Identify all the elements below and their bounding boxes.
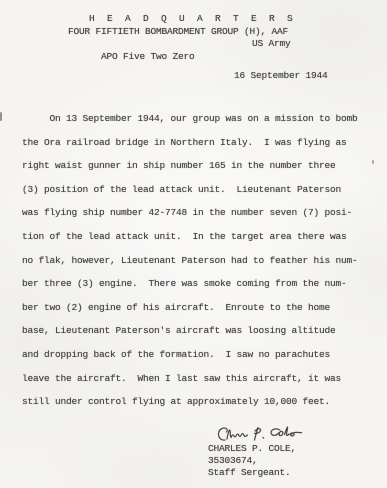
- body-line: leave the aircraft. When I last saw this…: [22, 367, 378, 391]
- body-line: right waist gunner in ship number 165 in…: [22, 154, 378, 178]
- scan-artifact: [0, 112, 2, 121]
- signature-block: CHARLES P. COLE, 35303674, Staff Sergean…: [208, 443, 296, 480]
- body-line: was flying ship number 42-7748 in the nu…: [22, 201, 378, 225]
- document-header: H E A D Q U A R T E R S FOUR FIFTIETH BO…: [0, 13, 387, 88]
- scan-artifact: [372, 160, 374, 164]
- body-line: ber three (3) engine. There was smoke co…: [22, 272, 378, 296]
- body-text: On 13 September 1944, our group was on a…: [22, 107, 378, 414]
- us-army-label: US Army: [252, 38, 291, 51]
- signer-serial-number: 35303674,: [208, 455, 296, 467]
- signer-rank: Staff Sergeant.: [208, 467, 296, 479]
- apo-address: APO Five Two Zero: [101, 51, 195, 62]
- body-line: still under control flying at approximat…: [22, 390, 378, 414]
- body-line: ber two (2) engine of his aircraft. Enro…: [22, 296, 378, 320]
- handwritten-signature: [212, 422, 314, 446]
- unit-name-line: FOUR FIFTIETH BOMBARDMENT GROUP (H), AAF: [68, 26, 387, 39]
- headquarters-title: H E A D Q U A R T E R S: [89, 13, 387, 26]
- body-line: no flak, however, Lieutenant Paterson ha…: [22, 249, 378, 273]
- apo-line: APO Five Two Zero US Army: [68, 38, 387, 88]
- body-line: base, Lieutenant Paterson's aircraft was…: [22, 319, 378, 343]
- body-line: tion of the lead attack unit. In the tar…: [22, 225, 378, 249]
- document-page: H E A D Q U A R T E R S FOUR FIFTIETH BO…: [0, 0, 387, 488]
- date-line: 16 September 1944: [234, 70, 328, 81]
- body-line: (3) position of the lead attack unit. Li…: [22, 178, 378, 202]
- body-line: On 13 September 1944, our group was on a…: [22, 107, 378, 131]
- body-line: the Ora railroad bridge in Northern Ital…: [22, 131, 378, 155]
- body-line: and dropping back of the formation. I sa…: [22, 343, 378, 367]
